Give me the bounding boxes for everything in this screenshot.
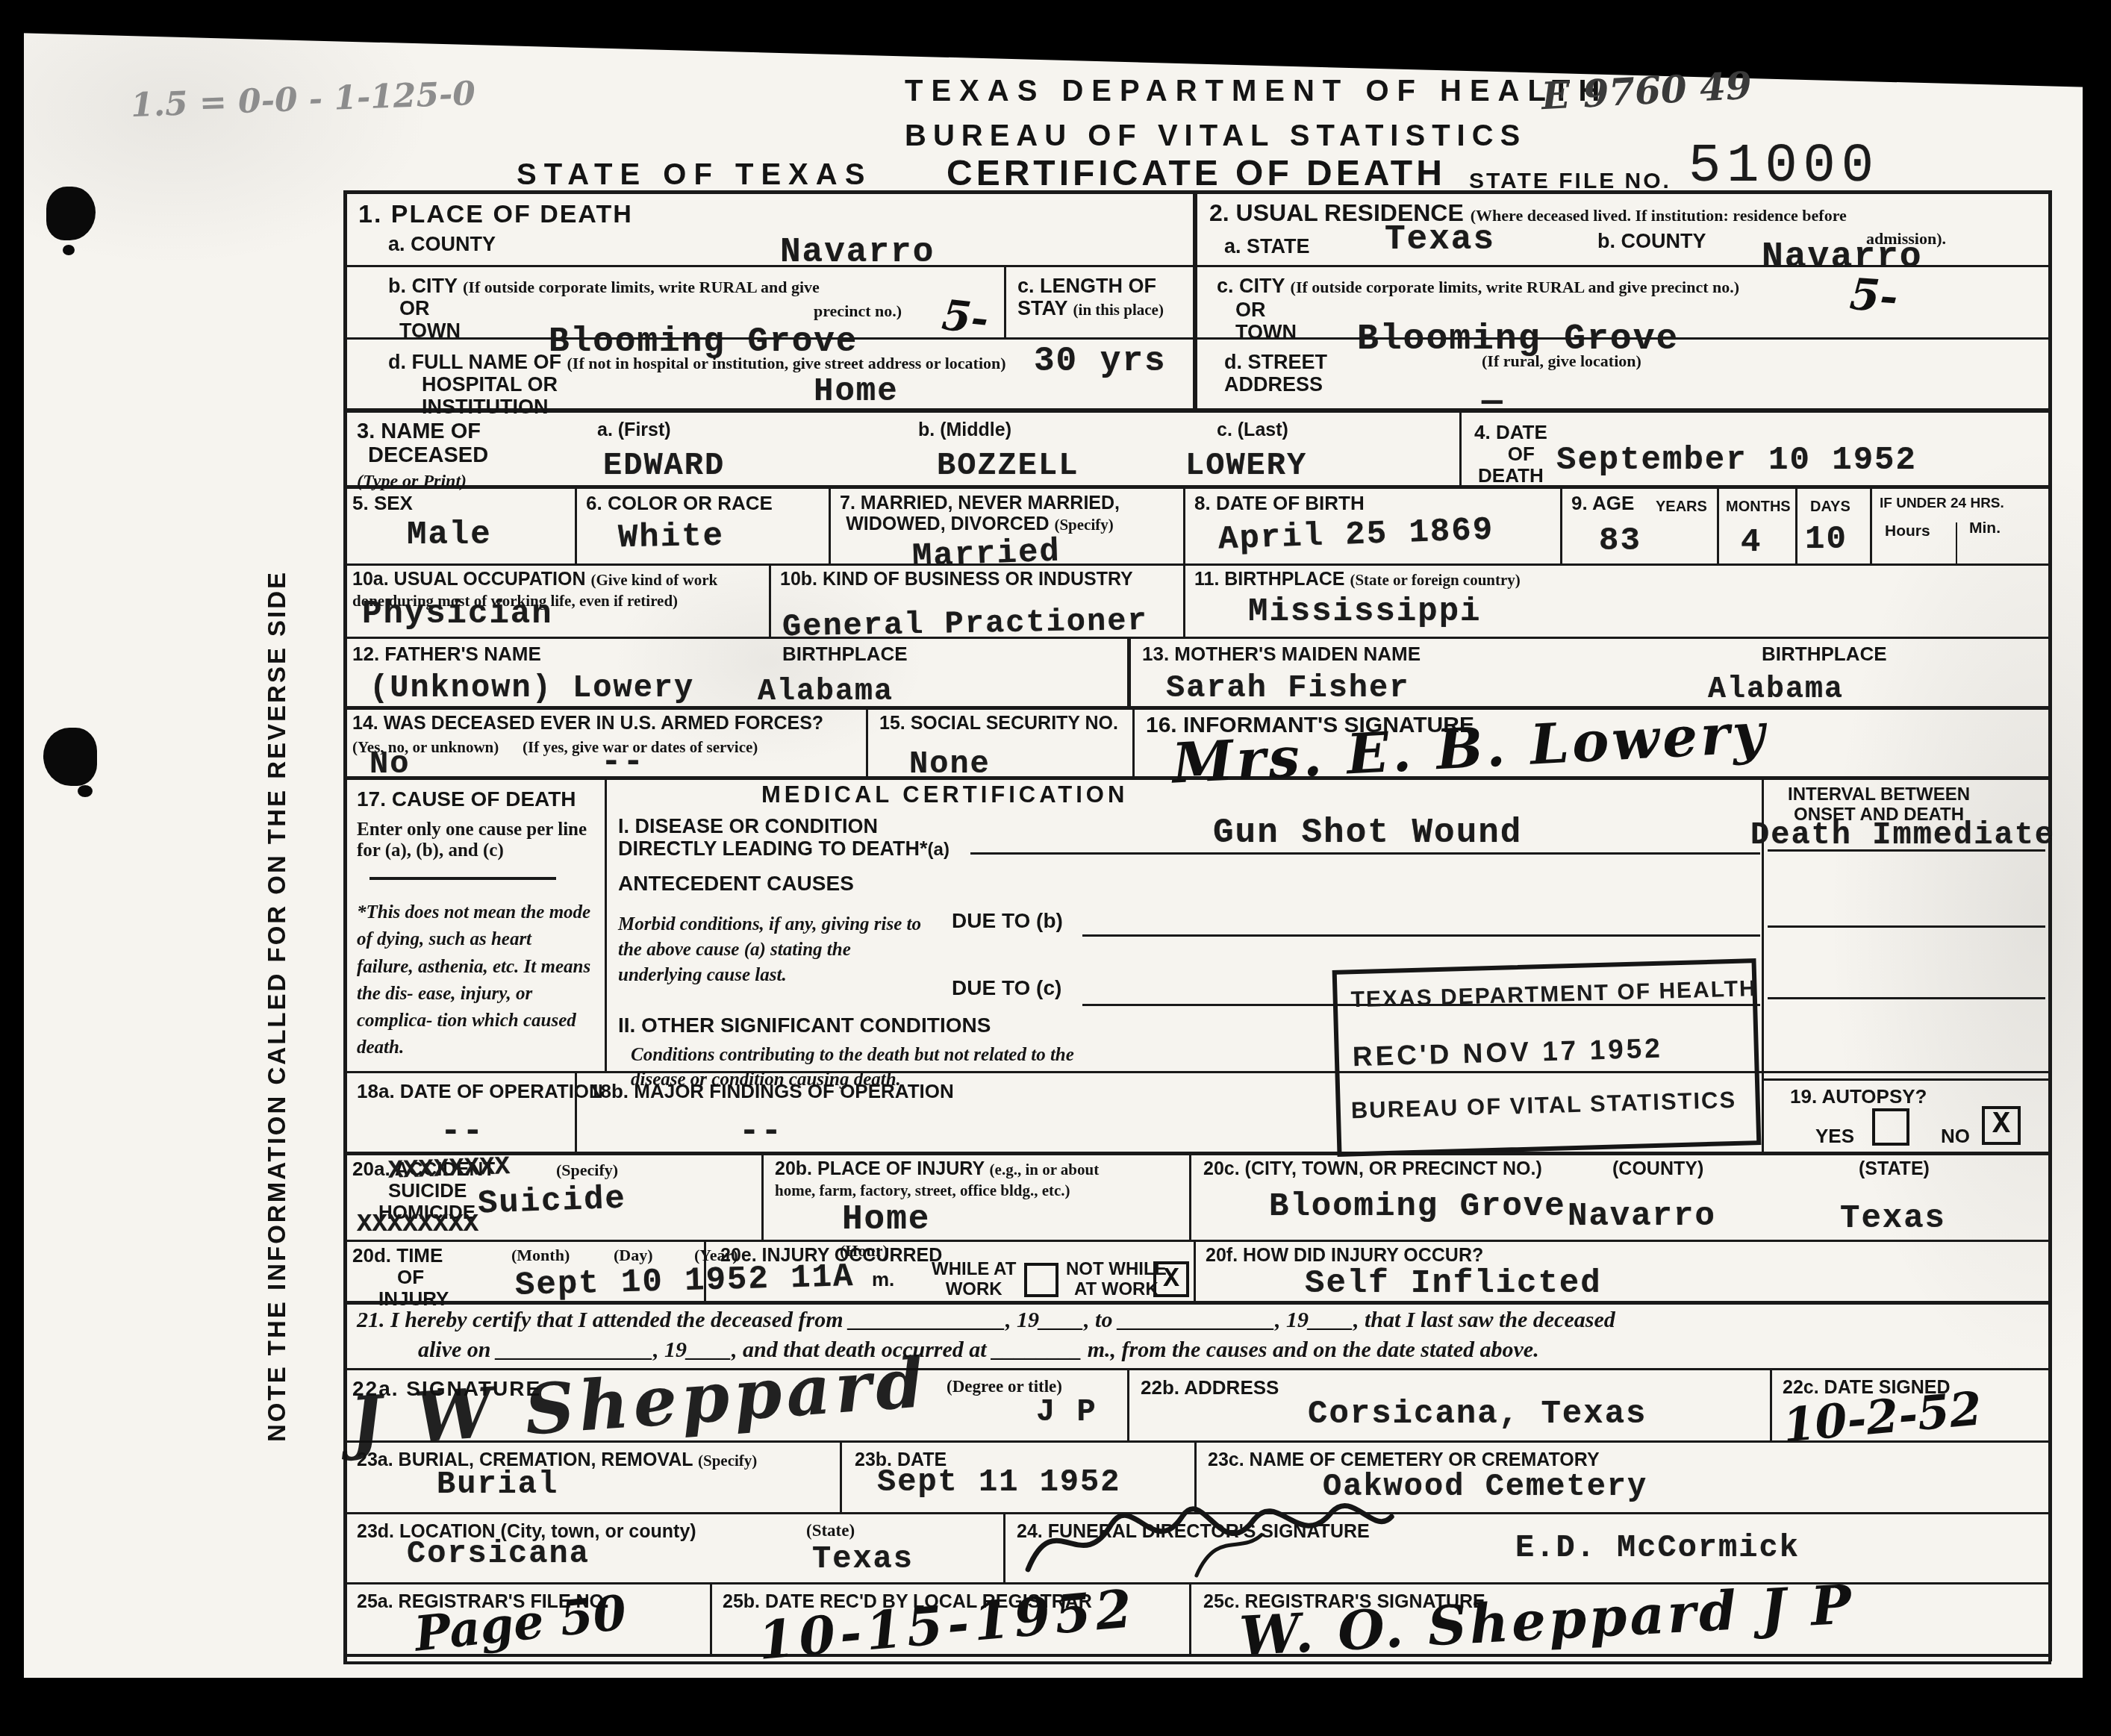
place-of-injury-paren1: (e.g., in or about xyxy=(990,1161,1100,1178)
age-months-label: MONTHS xyxy=(1726,499,1791,515)
address-label: 22b. ADDRESS xyxy=(1141,1377,1279,1399)
interval-value: Death Immediate xyxy=(1750,817,2055,853)
cemetery-label: 23c. NAME OF CEMETERY OR CREMATORY xyxy=(1208,1449,1600,1470)
county-label: a. COUNTY xyxy=(388,233,496,255)
marital-label-1: 7. MARRIED, NEVER MARRIED, xyxy=(840,493,1120,513)
time-of-injury-label-2: OF xyxy=(352,1266,424,1288)
cause-a-value: Gun Shot Wound xyxy=(1213,814,1522,852)
grid-line xyxy=(1003,1512,1005,1582)
other-conditions-label: II. OTHER SIGNIFICANT CONDITIONS xyxy=(618,1014,991,1037)
street-label-2: ADDRESS xyxy=(1224,373,1323,396)
street-address-value: — xyxy=(1482,382,1504,421)
month-label: (Month) xyxy=(511,1246,570,1265)
armed-forces-value: No xyxy=(369,746,410,782)
business-label: 10b. KIND OF BUSINESS OR INDUSTRY xyxy=(780,569,1133,590)
burial-value: Burial xyxy=(437,1467,558,1502)
age-years-label: YEARS xyxy=(1656,499,1707,515)
father-name-value: (Unknown) Lowery xyxy=(369,670,694,706)
under-24-label: IF UNDER 24 HRS. xyxy=(1880,496,2004,511)
residence-or-town-label: ORTOWN xyxy=(1235,299,1297,343)
mother-birthplace-label: BIRTHPLACE xyxy=(1762,643,1887,665)
address-value: Corsicana, Texas xyxy=(1308,1396,1647,1433)
disease-condition-label: I. DISEASE OR CONDITION DIRECTLY LEADING… xyxy=(618,815,950,861)
grid-line xyxy=(1956,522,1957,564)
grid-line xyxy=(343,190,347,1661)
residence-city-label: c. CITY (If outside corporate limits, wr… xyxy=(1217,275,1739,297)
while-at-work-checkbox[interactable] xyxy=(1024,1263,1058,1297)
place-of-injury-label: 20b. PLACE OF INJURY (e.g., in or about … xyxy=(775,1158,1099,1200)
not-while-at-work-2: AT WORK xyxy=(1074,1279,1159,1299)
date-of-operation-label: 18a. DATE OF OPERATION xyxy=(357,1081,603,1102)
marital-paren: (Specify) xyxy=(1054,516,1113,534)
dod-label-2: OF xyxy=(1487,443,1535,465)
grid-line xyxy=(866,708,868,776)
birthplace-value: Mississippi xyxy=(1248,593,1481,631)
grid-line xyxy=(769,563,771,637)
city-label: b. CITY (If outside corporate limits, wr… xyxy=(388,275,820,297)
grid-line xyxy=(343,637,2051,639)
place-of-injury-label-text: 20b. PLACE OF INJURY xyxy=(775,1158,985,1179)
age-days-label: DAYS xyxy=(1810,499,1850,515)
usual-residence-title: 2. USUAL RESIDENCE (Where deceased lived… xyxy=(1209,200,1847,227)
accident-strike-x: XXXXXXXX xyxy=(387,1153,510,1186)
father-birthplace-label: BIRTHPLACE xyxy=(782,643,908,665)
inst-label-1: d. FULL NAME OF xyxy=(388,351,561,373)
medical-certification-title: MEDICAL CERTIFICATION xyxy=(761,782,1128,808)
burial-location-state-label: (State) xyxy=(806,1521,855,1540)
grid-line xyxy=(761,1154,764,1240)
city-label-text: b. CITY xyxy=(388,275,458,297)
residence-state-value: Texas xyxy=(1385,220,1495,259)
disease-label-1: I. DISEASE OR CONDITION xyxy=(618,815,878,837)
place-of-injury-paren2: home, farm, factory, street, office bldg… xyxy=(775,1181,1070,1199)
grid-line xyxy=(343,1071,2051,1073)
header-bureau: BUREAU OF VITAL STATISTICS xyxy=(905,119,1527,153)
grid-line xyxy=(605,778,607,1071)
street-address-label: d. STREET ADDRESS xyxy=(1224,351,1327,396)
min-label: Min. xyxy=(1969,519,2001,537)
disease-label-2: DIRECTLY LEADING TO DEATH* xyxy=(618,837,928,860)
autopsy-yes-label: YES xyxy=(1815,1125,1854,1147)
stay-label-paren: (in this place) xyxy=(1073,301,1164,319)
date-of-death-value: September 10 1952 xyxy=(1556,442,1917,479)
interval-rule xyxy=(1768,997,2045,999)
marital-label: 7. MARRIED, NEVER MARRIED, WIDOWED, DIVO… xyxy=(840,493,1120,534)
usual-residence-paren: (Where deceased lived. If institution: r… xyxy=(1471,206,1847,225)
header-state-of-texas: STATE OF TEXAS xyxy=(517,158,872,192)
age-days-value: 10 xyxy=(1805,521,1847,558)
major-findings-value: -- xyxy=(739,1112,783,1151)
or-town-label: OROR TOWNTOWN xyxy=(399,297,461,342)
autopsy-no-label: NO xyxy=(1941,1125,1970,1147)
age-months-value: 4 xyxy=(1741,524,1762,561)
degree-title-label: (Degree or title) xyxy=(947,1377,1062,1396)
funeral-director-name: E.D. McCormick xyxy=(1515,1530,1800,1566)
name-label-1: 3. NAME OF xyxy=(357,419,481,443)
county-value: Navarro xyxy=(780,233,935,272)
mother-birthplace-value: Alabama xyxy=(1708,673,1844,707)
grid-line xyxy=(1870,487,1872,564)
color-race-value: White xyxy=(618,518,725,557)
mother-name-label: 13. MOTHER'S MAIDEN NAME xyxy=(1142,643,1421,665)
ink-blot xyxy=(63,245,75,255)
place-of-death-title: 1. PLACE OF DEATH xyxy=(358,200,633,228)
grid-line xyxy=(1132,708,1135,776)
not-while-at-work-1: NOT WHILE xyxy=(1066,1259,1167,1279)
residence-county-label: b. COUNTY xyxy=(1597,230,1706,252)
scan-black-edge-left xyxy=(0,0,24,1736)
autopsy-no-check-mark: X xyxy=(1992,1108,2010,1142)
grid-line xyxy=(1194,1240,1196,1301)
morbid-note: Morbid conditions, if any, giving rise t… xyxy=(618,912,939,987)
age-years-value: 83 xyxy=(1599,522,1641,560)
grid-line xyxy=(343,1661,2051,1664)
precinct-handwritten: 5- xyxy=(940,290,991,344)
margin-note-text: NOTE THE INFORMATION CALLED FOR ON THE R… xyxy=(263,570,291,1442)
grid-line xyxy=(1770,1368,1772,1440)
grid-line xyxy=(1127,637,1131,708)
funeral-director-signature-scribble xyxy=(1013,1475,1406,1592)
birthplace-paren: (State or foreign country) xyxy=(1350,571,1520,589)
grid-line xyxy=(1189,1154,1191,1240)
father-name-label: 12. FATHER'S NAME xyxy=(352,643,541,665)
residence-state-label: a. STATE xyxy=(1224,235,1310,257)
how-injury-occurred-value: Self Inflicted xyxy=(1305,1265,1602,1302)
autopsy-no-checkbox[interactable]: X xyxy=(1982,1106,2021,1145)
grid-line xyxy=(1560,487,1562,564)
stamp-line-3: BUREAU OF VITAL STATISTICS xyxy=(1350,1087,1736,1124)
stay-label-2: STAY xyxy=(1017,297,1067,319)
middle-name-label: b. (Middle) xyxy=(918,419,1011,440)
grid-line xyxy=(1717,487,1719,564)
name-label-2: DECEASED xyxy=(357,443,488,467)
interval-rule xyxy=(1768,925,2045,928)
how-injury-occurred-label: 20f. HOW DID INJURY OCCUR? xyxy=(1206,1245,1483,1266)
occupation-value: Physician xyxy=(362,596,553,633)
grid-line xyxy=(710,1582,712,1657)
stamp-line-1: TEXAS DEPARTMENT OF HEALTH xyxy=(1350,976,1757,1013)
father-birthplace-value: Alabama xyxy=(758,675,894,709)
ink-blot xyxy=(43,728,97,786)
date-of-operation-value: -- xyxy=(440,1112,484,1151)
time-of-injury-label-3: INJURY xyxy=(352,1287,449,1310)
sex-value: Male xyxy=(407,516,492,554)
injury-occurred-label2: 20e. INJURY OCCURRED xyxy=(720,1245,942,1266)
interval-rule xyxy=(1762,1078,2049,1081)
age-label: 9. AGE xyxy=(1571,493,1634,514)
not-while-at-work-label: NOT WHILE AT WORK xyxy=(1066,1260,1167,1300)
injury-county-label: (COUNTY) xyxy=(1612,1158,1703,1179)
not-while-at-work-checkbox[interactable]: X xyxy=(1153,1261,1189,1297)
residence-city-paren: (If outside corporate limits, write RURA… xyxy=(1291,278,1739,296)
street-label-1: d. STREET xyxy=(1224,351,1327,373)
residence-city-label-text: c. CITY xyxy=(1217,275,1285,297)
grid-line xyxy=(1193,190,1197,411)
name-of-deceased-label: 3. NAME OF DECEASED (Type or Print) xyxy=(357,419,488,492)
grid-line xyxy=(1459,411,1462,487)
time-of-injury-label: 20d. TIME OF INJURY xyxy=(352,1245,449,1310)
injury-state-value: Texas xyxy=(1840,1200,1946,1237)
scanned-death-certificate: NOTE THE INFORMATION CALLED FOR ON THE R… xyxy=(0,0,2111,1736)
grid-line xyxy=(575,487,577,564)
due-to-b-label: DUE TO (b) xyxy=(952,909,1063,932)
certify-statement-line1: 21. I hereby certify that I attended the… xyxy=(357,1308,1615,1333)
burial-paren: (Specify) xyxy=(698,1452,757,1470)
grid-line xyxy=(1795,487,1797,564)
interval-label-1: INTERVAL BETWEEN xyxy=(1788,784,1970,805)
not-while-at-work-check-mark: X xyxy=(1163,1264,1179,1294)
cause-of-death-title: 17. CAUSE OF DEATH xyxy=(357,787,576,811)
blank-line-due-b xyxy=(1082,934,1760,937)
city-label-paren2: precinct no.) xyxy=(814,302,902,321)
ink-blot xyxy=(78,785,93,797)
margin-note-vertical: NOTE THE INFORMATION CALLED FOR ON THE R… xyxy=(263,403,297,1448)
inst-label-paren: (If not in hospital or institution, give… xyxy=(567,354,1006,372)
burial-location-state: Texas xyxy=(812,1541,914,1577)
residence-precinct-handwritten: 5- xyxy=(1848,269,1900,322)
antecedent-causes-label: ANTECEDENT CAUSES xyxy=(618,872,854,895)
cause-note-2: *This does not mean the mode of dying, s… xyxy=(357,899,592,1062)
while-at-work-1: WHILE AT xyxy=(932,1259,1016,1279)
header-certificate-title: CERTIFICATE OF DEATH xyxy=(947,154,1446,194)
dob-label: 8. DATE OF BIRTH xyxy=(1194,493,1365,514)
inst-label-3: INSTITUTION xyxy=(388,396,549,418)
business-value: General Practioner xyxy=(782,603,1148,646)
grid-line xyxy=(1004,265,1006,340)
armed-forces-label: 14. WAS DECEASED EVER IN U.S. ARMED FORC… xyxy=(352,713,823,734)
grid-line xyxy=(343,190,2051,194)
institution-label: d. FULL NAME OF (If not in hospital or i… xyxy=(388,351,1006,419)
grid-line xyxy=(343,1654,2051,1657)
last-name-value: LOWERY xyxy=(1185,448,1307,484)
mother-name-value: Sarah Fisher xyxy=(1166,670,1409,706)
grid-line xyxy=(1183,563,1185,637)
time-of-injury-label-1: 20d. TIME xyxy=(352,1244,443,1267)
stay-label-1: c. LENGTH OF xyxy=(1017,275,1156,297)
occupation-label-text: 10a. USUAL OCCUPATION xyxy=(352,569,586,590)
last-name-label: c. (Last) xyxy=(1217,419,1288,440)
injury-county-value: Navarro xyxy=(1568,1198,1716,1235)
stamp-line-2: REC'D NOV 17 1952 xyxy=(1352,1033,1663,1073)
state-file-number: 51000 xyxy=(1689,136,1880,197)
cause-note-rule xyxy=(369,877,556,880)
autopsy-label: 19. AUTOPSY? xyxy=(1790,1086,1927,1108)
autopsy-yes-checkbox[interactable] xyxy=(1872,1108,1909,1146)
birthplace-label: 11. BIRTHPLACE (State or foreign country… xyxy=(1194,569,1521,590)
city-label-paren: (If outside corporate limits, write RURA… xyxy=(463,278,820,296)
scan-black-edge-right xyxy=(2083,0,2111,1736)
homicide-strike-x: XXXXXXXX xyxy=(357,1211,478,1239)
header-department: TEXAS DEPARTMENT OF HEALTH xyxy=(905,75,1608,108)
time-m-label: m. xyxy=(872,1269,894,1290)
certify-statement-line2: alive on ______________, 19____, and tha… xyxy=(418,1337,1539,1363)
burial-location-city: Corsicana xyxy=(407,1536,590,1572)
length-of-stay-label: c. LENGTH OF STAY (in this place) xyxy=(1017,275,1164,319)
color-race-label: 6. COLOR OR RACE xyxy=(586,493,773,514)
scan-black-edge-bottom xyxy=(0,1679,2111,1736)
injury-city-value: Blooming Grove xyxy=(1269,1188,1566,1225)
grid-line xyxy=(829,487,831,564)
hours-label: Hours xyxy=(1885,522,1930,540)
marital-label-2: WIDOWED, DIVORCED xyxy=(846,513,1049,534)
dod-label-3: DEATH xyxy=(1478,464,1544,487)
occupation-paren1: (Give kind of work xyxy=(591,571,718,589)
injury-state-label: (STATE) xyxy=(1859,1158,1930,1179)
dod-label-1: 4. DATE xyxy=(1474,421,1547,443)
while-at-work-label: WHILE AT WORK xyxy=(932,1260,1016,1300)
sex-label: 5. SEX xyxy=(352,493,413,514)
inst-label-2: HOSPITAL OR xyxy=(388,373,558,396)
birthplace-label-text: 11. BIRTHPLACE xyxy=(1194,569,1344,590)
grid-line xyxy=(840,1440,842,1512)
cause-note-1: Enter only one cause per line for (a), (… xyxy=(357,819,588,861)
length-of-stay-value: 30 yrs xyxy=(1034,342,1167,381)
street-paren: (If rural, give location) xyxy=(1482,352,1641,371)
place-of-injury-value: Home xyxy=(842,1200,930,1239)
institution-value: Home xyxy=(814,373,899,410)
first-name-value: EDWARD xyxy=(603,448,725,484)
grid-line xyxy=(2048,190,2052,1661)
received-stamp: TEXAS DEPARTMENT OF HEALTH REC'D NOV 17 … xyxy=(1332,958,1762,1157)
grid-line xyxy=(1189,1582,1191,1657)
grid-line xyxy=(1183,487,1185,564)
day-label: (Day) xyxy=(614,1246,653,1265)
degree-title-value: J P xyxy=(1036,1394,1097,1430)
suicide-value: Suicide xyxy=(477,1181,626,1223)
grid-line xyxy=(1127,1368,1129,1440)
ssn-label: 15. SOCIAL SECURITY NO. xyxy=(879,713,1118,734)
specify-paren: (Specify) xyxy=(556,1161,618,1180)
injury-city-label: 20c. (CITY, TOWN, OR PRECINCT NO.) xyxy=(1203,1158,1542,1179)
cause-a-label: (a) xyxy=(928,840,950,860)
while-at-work-2: WORK xyxy=(946,1279,1003,1299)
grid-line xyxy=(343,1240,2051,1242)
major-findings-label: 18b. MAJOR FINDINGS OF OPERATION xyxy=(590,1081,954,1102)
middle-name-value: BOZZELL xyxy=(937,448,1079,484)
blank-line-cause-a xyxy=(970,852,1760,855)
armed-forces-dash: -- xyxy=(601,743,645,781)
date-of-death-label: 4. DATE OF DEATH xyxy=(1474,422,1547,487)
first-name-label: a. (First) xyxy=(597,419,671,440)
ssn-value: None xyxy=(909,746,991,782)
due-to-c-label: DUE TO (c) xyxy=(952,976,1061,999)
name-label-paren: (Type or Print) xyxy=(357,472,467,491)
grid-line xyxy=(343,1152,2051,1155)
